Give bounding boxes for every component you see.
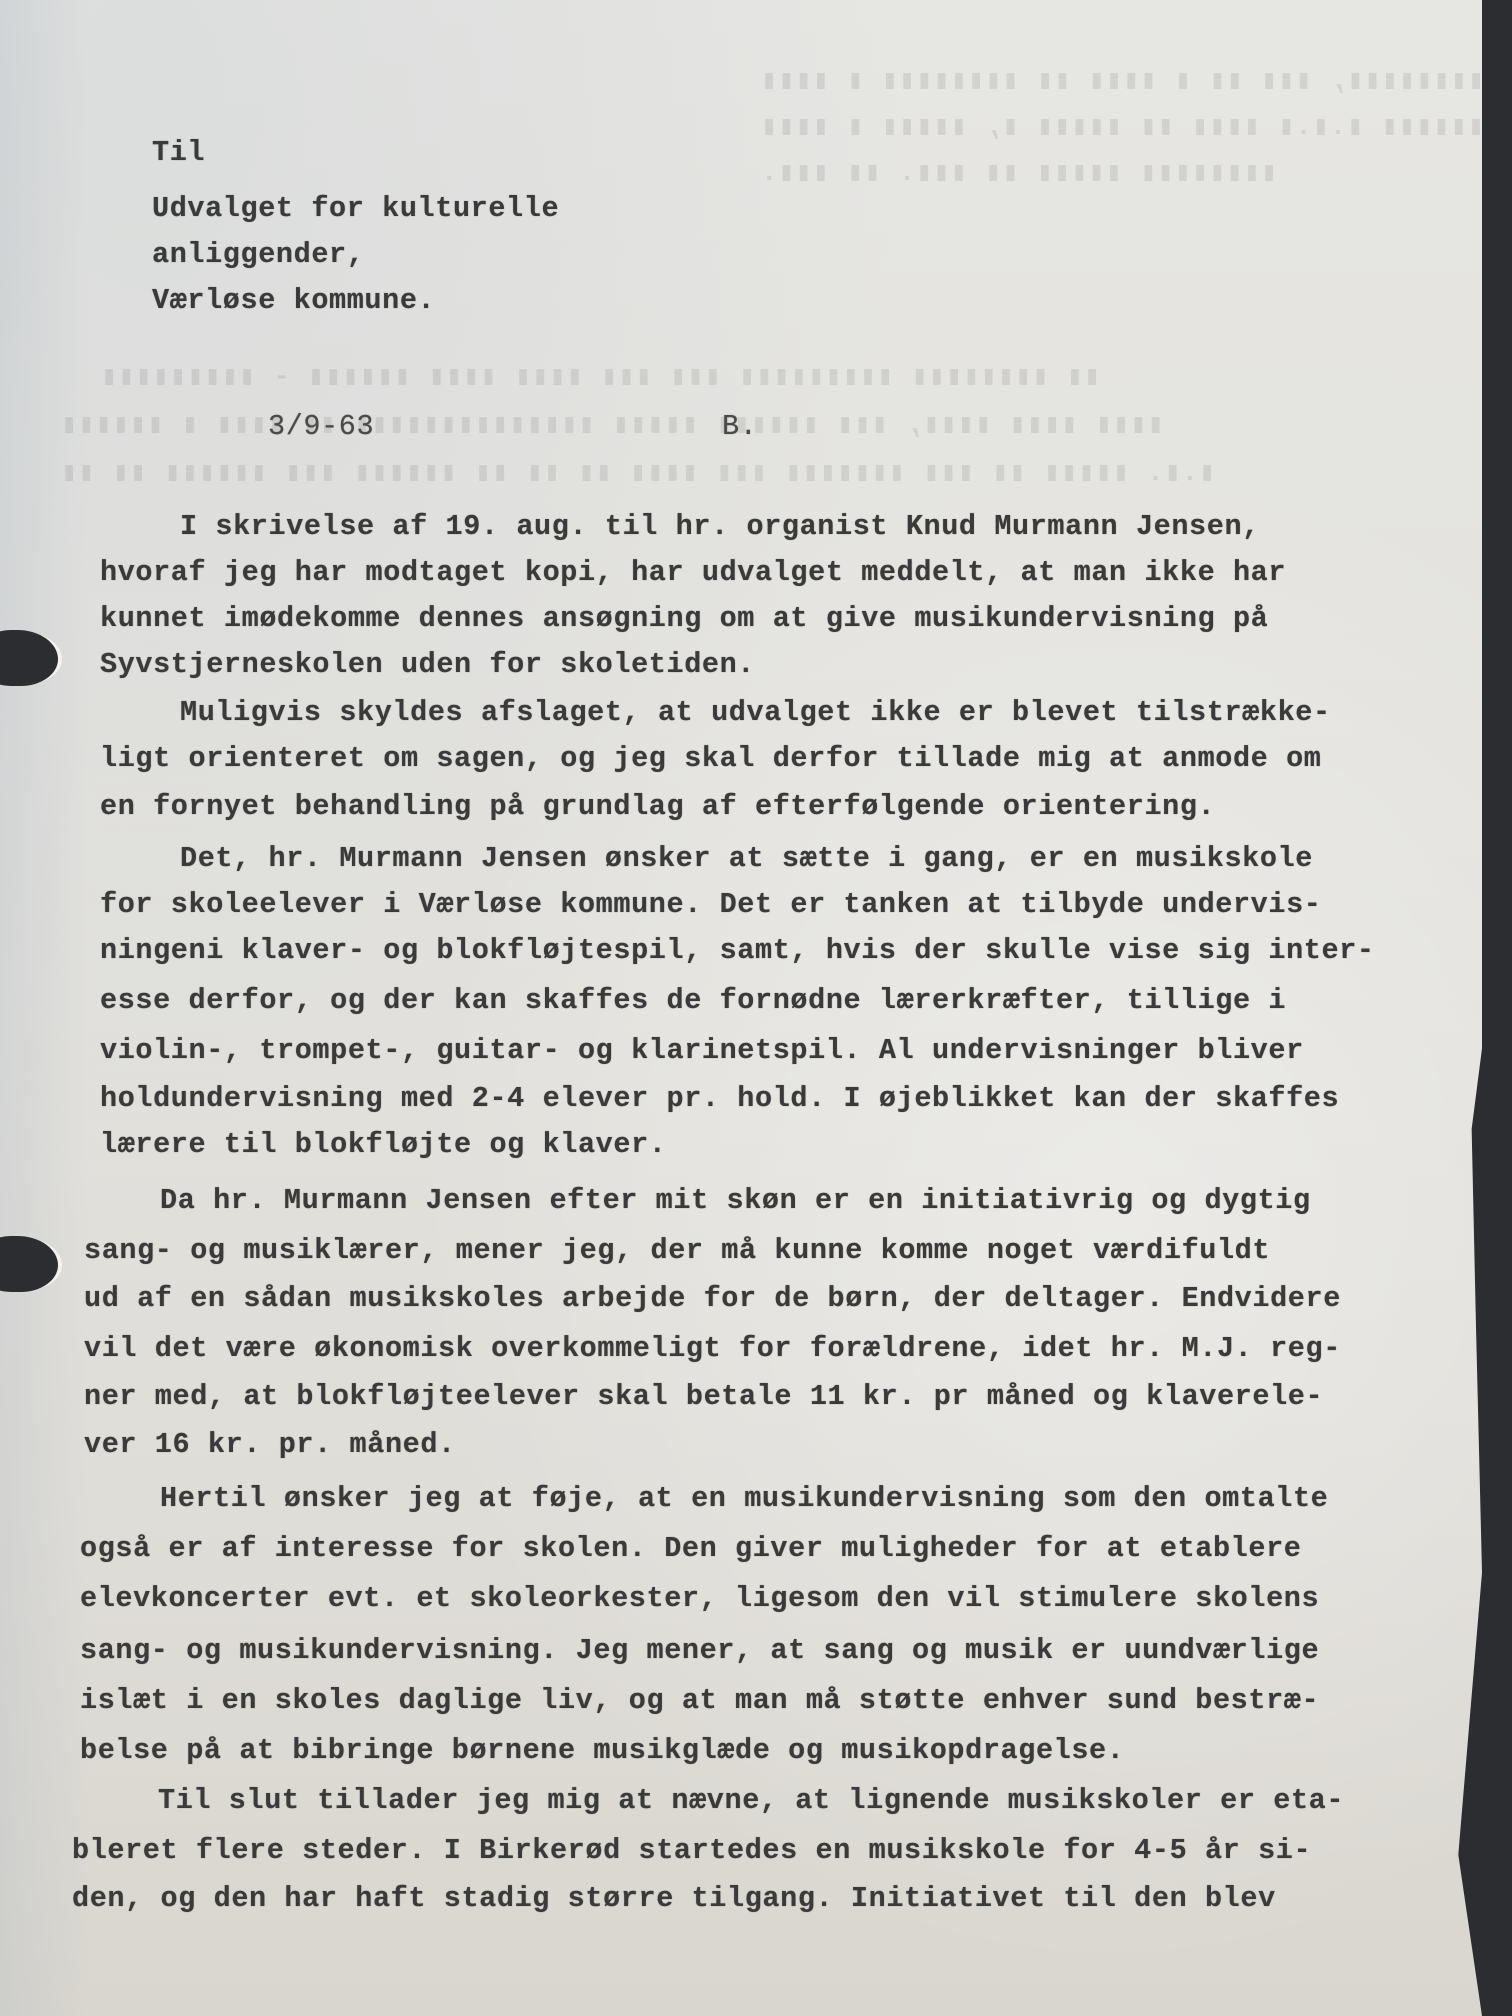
body-line: islæt i en skoles daglige liv, og at man… <box>80 1684 1319 1717</box>
bleed-through-texture: ▮▮▮, ▮▮▮▮▮▮▮ ▮.▮.▮ ▮▮▮▮ ▮▮ ▮▮▮▮▮ ▮, ▮▮▮▮… <box>760 110 1512 143</box>
body-line: Det, hr. Murmann Jensen ønsker at sætte … <box>180 842 1313 875</box>
recipient-line: Udvalget for kulturelle <box>152 192 559 225</box>
body-line: vil det være økonomisk overkommeligt for… <box>84 1332 1341 1365</box>
bleed-through-texture: ▮.▮. ▮▮▮▮▮ ▮▮ ▮▮▮ ▮▮▮▮▮▮▮ ▮▮▮ ▮▮▮▮ ▮▮ ▮▮… <box>60 456 1215 489</box>
recipient-line: Til <box>152 136 205 169</box>
bleed-through-texture: ▮▮▮▮ ▮▮▮▮▮▮▮ ▮▮▮▮▮▮▮▮▮▮, ▮▮▮ ▮▮ ▮ ▮▮▮▮ ▮… <box>760 64 1512 97</box>
letter-date: 3/9-63 <box>268 410 374 443</box>
body-line: Da hr. Murmann Jensen efter mit skøn er … <box>160 1184 1311 1217</box>
body-line: ningeni klaver- og blokfløjtespil, samt,… <box>100 934 1375 967</box>
body-line: ligt orienteret om sagen, og jeg skal de… <box>100 742 1322 775</box>
body-line: sang- og musikundervisning. Jeg mener, a… <box>80 1634 1319 1667</box>
body-line: holdundervisning med 2-4 elever pr. hold… <box>100 1082 1339 1115</box>
body-line: for skoleelever i Værløse kommune. Det e… <box>100 888 1322 921</box>
bleed-through-texture: ▮▮▮▮▮▮▮▮ ▮▮▮▮▮ ▮▮ ▮▮▮. ▮▮ ▮▮▮. <box>760 156 1277 189</box>
body-line: også er af interesse for skolen. Den giv… <box>80 1532 1302 1565</box>
body-line: sang- og musiklærer, mener jeg, der må k… <box>84 1234 1270 1267</box>
body-line: Muligvis skyldes afslaget, at udvalget i… <box>180 696 1331 729</box>
body-line: bleret flere steder. I Birkerød startede… <box>72 1834 1311 1867</box>
body-line: belse på at bibringe børnene musikglæde … <box>80 1734 1124 1767</box>
body-line: ver 16 kr. pr. måned. <box>84 1428 456 1461</box>
body-line: Hertil ønsker jeg at føje, at en musikun… <box>160 1482 1328 1515</box>
paper-sheet: ▮▮▮▮ ▮▮▮▮▮▮▮ ▮▮▮▮▮▮▮▮▮▮, ▮▮▮ ▮▮ ▮ ▮▮▮▮ ▮… <box>0 0 1482 2016</box>
reference-initial: B. <box>722 410 757 443</box>
recipient-line: Værløse kommune. <box>152 284 435 317</box>
body-line: hvoraf jeg har modtaget kopi, har udvalg… <box>100 556 1286 589</box>
body-line: elevkoncerter evt. et skoleorkester, lig… <box>80 1582 1319 1615</box>
body-line: lærere til blokfløjte og klaver. <box>100 1128 667 1161</box>
body-line: ud af en sådan musikskoles arbejde for d… <box>84 1282 1341 1315</box>
paper-shading <box>0 0 90 2016</box>
body-line: violin-, trompet-, guitar- og klarinetsp… <box>100 1034 1304 1067</box>
body-line: kunnet imødekomme dennes ansøgning om at… <box>100 602 1268 635</box>
recipient-line: anliggender, <box>152 238 364 271</box>
body-line: Til slut tillader jeg mig at nævne, at l… <box>158 1784 1344 1817</box>
body-line: Syvstjerneskolen uden for skoletiden. <box>100 648 755 681</box>
body-line: en fornyet behandling på grundlag af eft… <box>100 790 1215 823</box>
bleed-through-texture: ▮▮▮▮ ▮▮▮▮ ▮▮▮▮, ▮▮▮ ▮▮▮▮▮▮ ▮▮▮▮▮ ▮▮▮▮▮▮▮… <box>60 408 1164 441</box>
body-line: esse derfor, og der kan skaffes de fornø… <box>100 984 1286 1017</box>
body-line: ner med, at blokfløjteelever skal betale… <box>84 1380 1323 1413</box>
bleed-through-texture: ▮▮ ▮▮▮▮▮▮▮▮ ▮▮▮▮▮▮▮▮▮ ▮▮▮ ▮▮▮ ▮▮▮▮ ▮▮▮▮ … <box>100 360 1100 393</box>
body-line: den, og den har haft stadig større tilga… <box>72 1882 1276 1915</box>
body-line: I skrivelse af 19. aug. til hr. organist… <box>180 510 1260 543</box>
